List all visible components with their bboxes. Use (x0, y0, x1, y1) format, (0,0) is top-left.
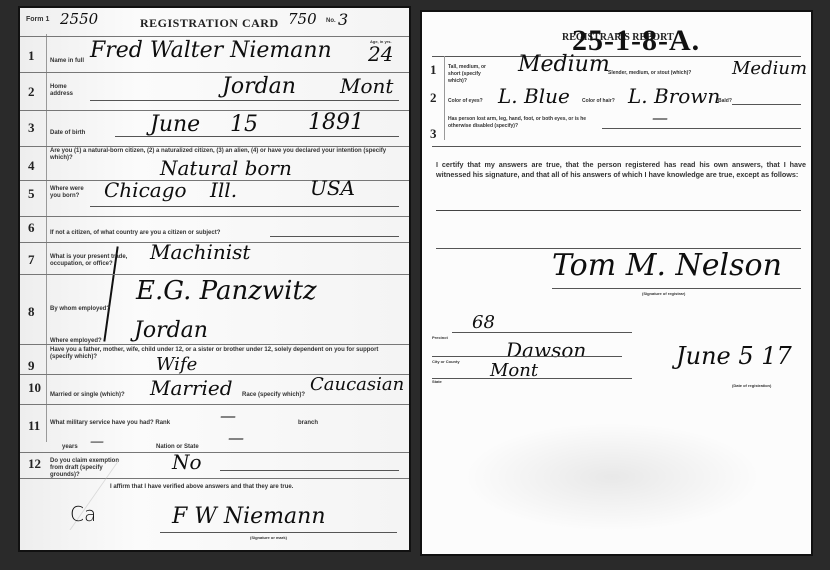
answer-rule (602, 128, 801, 129)
field-label-home-address: Home address (50, 84, 84, 98)
field-value-name: Fred Walter Niemann (90, 38, 332, 63)
corner-mark: Ca (70, 502, 96, 526)
serial-number: 2550 (60, 10, 98, 28)
certification-text: I certify that my answers are true, that… (436, 160, 806, 180)
field-value-hair: L. Brown (628, 84, 720, 108)
row-number: 4 (28, 158, 35, 174)
registration-card-front: Form 1 2550 REGISTRATION CARD 750 No. 3 … (18, 6, 411, 552)
field-value-home-city: Jordan (222, 74, 296, 99)
affirmation-text: I affirm that I have verified above answ… (110, 484, 293, 491)
row-number: 3 (430, 126, 437, 142)
left-margin-line (444, 56, 445, 140)
row-number: 2 (28, 84, 35, 100)
field-label-name: Name in full (50, 58, 84, 65)
field-label-employer: By whom employed? (50, 306, 110, 313)
row-number: 12 (28, 456, 41, 472)
field-label-dependents: Have you a father, mother, wife, child u… (50, 347, 400, 361)
row-number: 2 (430, 90, 437, 106)
registrar-signature: Tom M. Nelson (552, 248, 782, 283)
field-label-birth: Date of birth (50, 130, 85, 137)
row-number: 6 (28, 220, 35, 236)
row-number: 1 (430, 62, 437, 78)
answer-rule (115, 136, 399, 137)
field-value-rank: — (220, 406, 236, 425)
answer-rule (90, 100, 399, 101)
field-label-years: years (62, 444, 78, 451)
field-value-birth-nation: USA (310, 176, 355, 200)
field-value-race: Caucasian (310, 374, 404, 395)
row-number: 8 (28, 304, 35, 320)
field-value-height: Medium (518, 52, 610, 77)
card-title: REGISTRATION CARD (140, 16, 279, 31)
city-county-label: City or County (432, 358, 460, 365)
field-label-disability: Has person lost arm, leg, hand, foot, or… (448, 116, 598, 130)
field-label-birthplace: Where were you born? (50, 186, 84, 200)
answer-rule (270, 236, 399, 237)
row-number: 11 (28, 418, 40, 434)
field-value-home-state: Mont (340, 74, 393, 98)
precinct-value: 68 (472, 312, 495, 333)
signature-caption: (Signature or mark) (250, 534, 287, 541)
row-number: 3 (28, 120, 35, 136)
row-number: 9 (28, 358, 35, 374)
field-label-height: Tall, medium, or short (specify which)? (448, 64, 496, 85)
field-label-race: Race (specify which)? (242, 392, 305, 399)
field-label-bald: Bald? (718, 98, 732, 105)
date-caption: (Date of registration) (732, 382, 771, 389)
answer-rule (90, 206, 399, 207)
field-value-where-employed: Jordan (134, 318, 208, 343)
field-label-occupation: What is your present trade, occupation, … (50, 254, 130, 268)
row-number: 10 (28, 380, 41, 396)
answer-rule (452, 332, 632, 333)
field-value-branch: — (228, 428, 244, 447)
row-divider (20, 72, 409, 73)
signature-rule (160, 532, 397, 533)
registration-date: June 5 17 (676, 342, 792, 370)
row-divider (20, 216, 409, 217)
row-divider (20, 36, 409, 37)
field-value-exemption: No (172, 450, 202, 474)
field-value-occupation: Machinist (150, 240, 250, 264)
row-number: 5 (28, 186, 35, 202)
field-value-birth-state: Ill. (210, 178, 237, 202)
row-divider (20, 274, 409, 275)
faded-stamp-area (462, 422, 762, 532)
field-label-marital: Married or single (which)? (50, 392, 125, 399)
signature-rule (552, 288, 801, 289)
field-label-build: Slender, medium, or stout (which)? (608, 70, 691, 77)
row-divider (20, 146, 409, 147)
registration-card-back: REGISTRAR'S REPORT 25-1-8-A. 1 Tall, med… (420, 10, 813, 556)
row-number: 7 (28, 252, 35, 268)
answer-rule (432, 356, 622, 357)
row-divider (20, 344, 409, 345)
no-label: No. (326, 18, 336, 25)
field-value-eyes: L. Blue (498, 84, 570, 108)
field-value-birth-town: Chicago (104, 178, 187, 202)
field-label-citizen-country: If not a citizen, of what country are yo… (50, 230, 220, 237)
card-number: 3 (338, 10, 348, 29)
left-margin-line (46, 34, 47, 442)
answer-rule (220, 470, 399, 471)
field-value-dependents: Wife (156, 354, 197, 375)
field-value-employer: E.G. Panzwitz (136, 276, 317, 306)
field-value-marital: Married (150, 376, 233, 400)
field-value-birth-month: June (150, 112, 200, 137)
row-divider (432, 56, 801, 57)
field-value-citizenship: Natural born (160, 156, 292, 180)
registrant-signature: F W Niemann (172, 504, 325, 529)
row-number: 1 (28, 48, 35, 64)
field-value-disability: — (652, 108, 668, 127)
precinct-label: Precinct (432, 334, 448, 341)
field-value-build: Medium (732, 58, 807, 79)
registration-number: 750 (288, 10, 317, 28)
field-label-branch: branch (298, 420, 318, 427)
registrar-caption: (Signature of registrar) (642, 290, 685, 297)
form-label: Form 1 (26, 16, 49, 23)
row-divider (432, 146, 801, 147)
field-label-hair: Color of hair? (582, 98, 615, 105)
field-value-years: — (90, 434, 104, 450)
row-divider (20, 452, 409, 453)
field-label-military: What military service have you had? Rank (50, 420, 170, 427)
row-divider (20, 404, 409, 405)
answer-rule (432, 378, 632, 379)
field-label-eyes: Color of eyes? (448, 98, 483, 105)
exceptions-rule (436, 210, 801, 211)
field-value-birth-day: 15 (230, 112, 258, 137)
field-value-birth-year: 1891 (308, 110, 364, 135)
corner-tear-off (0, 460, 120, 530)
answer-rule (732, 104, 801, 105)
city-county-value: Dawson (506, 338, 586, 362)
field-value-age: 24 (368, 42, 393, 66)
state-label: State (432, 378, 442, 385)
